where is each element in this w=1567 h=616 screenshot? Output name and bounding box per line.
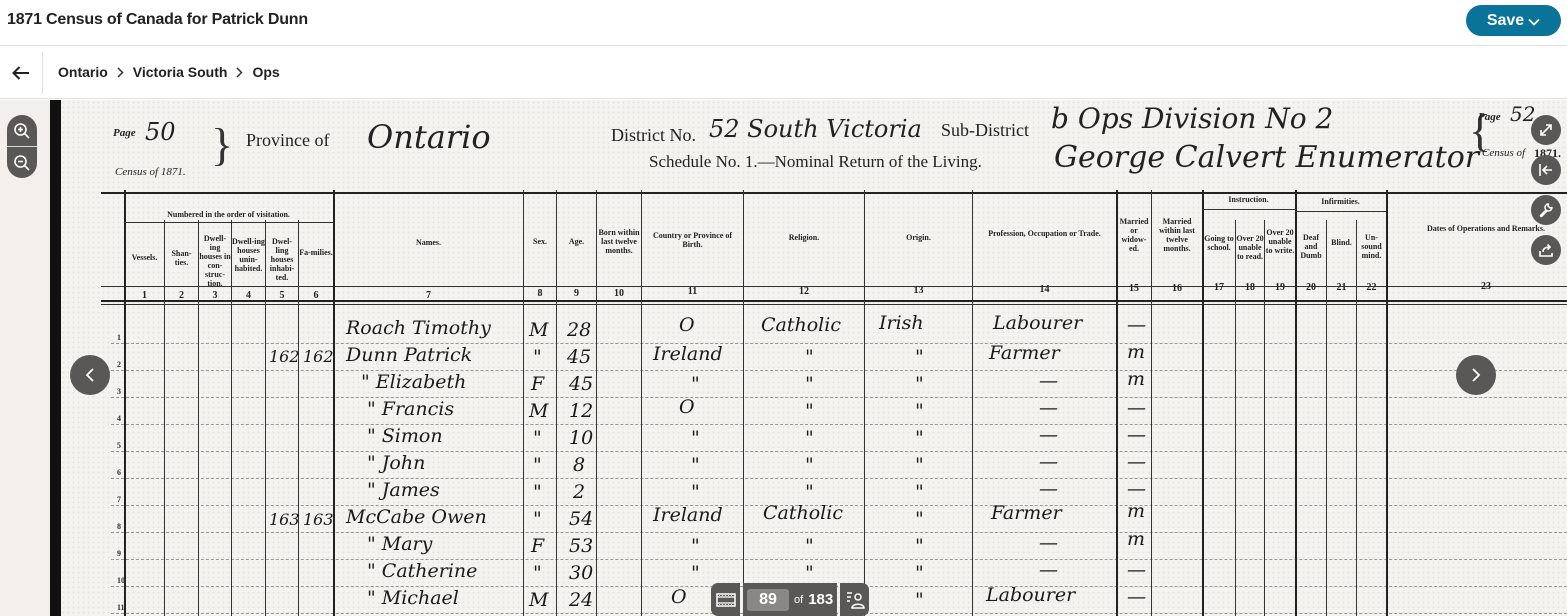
col-header-14: Profession, Occupation or Trade. [973, 229, 1116, 238]
origin-cell: " [915, 400, 924, 422]
col-number: 19 [1265, 282, 1295, 293]
col-line [864, 190, 865, 616]
line-number: 10 [117, 576, 125, 585]
occupation-cell: — [1039, 532, 1058, 554]
name-cell: " Catherine [367, 560, 477, 582]
col-line [164, 220, 165, 616]
rule [124, 222, 333, 223]
col-number: 6 [299, 290, 333, 301]
chevron-right-icon [117, 67, 124, 78]
collapse-left-icon [1538, 162, 1554, 178]
married-cell: — [1127, 424, 1146, 446]
col-header-15: Married or widow-ed. [1117, 217, 1151, 253]
married-cell: m [1127, 528, 1145, 550]
name-cell: " Simon [367, 425, 443, 447]
origin-cell: " [915, 373, 924, 395]
col-header-21: Blind. [1327, 238, 1356, 247]
age-cell: 45 [567, 346, 591, 368]
brace: } [211, 120, 233, 170]
col-number: 3 [199, 290, 231, 301]
occupation-cell: — [1039, 424, 1058, 446]
birth-cell: " [691, 454, 700, 476]
col-header-7: Names. [334, 238, 523, 247]
age-cell: 12 [569, 400, 593, 422]
age-cell: 30 [569, 562, 593, 584]
previous-image-button[interactable] [70, 355, 110, 395]
sex-cell: M [529, 589, 548, 611]
married-cell: — [1127, 397, 1146, 419]
origin-cell: " [915, 346, 924, 368]
col-header-11: Country or Province of Birth. [642, 231, 743, 249]
occupation-cell: Labourer [993, 312, 1082, 334]
share-button[interactable] [1531, 235, 1561, 265]
zoom-controls [7, 115, 37, 178]
sex-cell: " [533, 454, 542, 476]
line-number: 3 [117, 387, 121, 396]
origin-cell: " [915, 454, 924, 476]
origin-cell: " [915, 481, 924, 503]
col-number: 2 [165, 290, 198, 301]
chevron-down-icon [1528, 18, 1540, 26]
row-rule [111, 343, 1567, 344]
sex-cell: " [533, 346, 542, 368]
census-document-image[interactable]: Page 50 Census of 1871. } Province of On… [50, 100, 1567, 616]
col-line [641, 190, 642, 616]
page-indicator: of 183 [743, 583, 837, 616]
origin-cell: " [915, 589, 924, 611]
occupation-cell: — [1039, 451, 1058, 473]
married-cell: m [1127, 368, 1145, 390]
chevron-right-icon [1471, 367, 1481, 383]
col-number: 21 [1327, 282, 1356, 293]
sex-cell: " [533, 562, 542, 584]
col-number: 11 [642, 286, 743, 297]
page-number: 50 [145, 118, 176, 146]
breadcrumb-item-victoria-south[interactable]: Victoria South [133, 64, 228, 80]
filmstrip-button[interactable] [711, 583, 740, 616]
subdistrict-label: Sub-District [941, 120, 1029, 141]
origin-cell: " [915, 535, 924, 557]
col-line [1356, 220, 1357, 616]
col-line [1386, 190, 1388, 616]
col-header-20: Deaf and Dumb [1296, 233, 1326, 260]
right-page-label: Page [1478, 111, 1501, 123]
col-header-16: Married within last twelve months. [1152, 217, 1202, 253]
line-number: 2 [117, 360, 121, 369]
married-cell: — [1127, 314, 1146, 336]
subdistrict-value: b Ops Division No 2 [1051, 102, 1333, 135]
age-cell: 45 [569, 373, 593, 395]
zoom-out-icon [13, 154, 31, 172]
col-header-18: Over 20 unable to read. [1236, 234, 1264, 261]
image-viewer[interactable]: Page 50 Census of 1871. } Province of On… [0, 100, 1567, 616]
col-header-2: Shan-ties. [165, 249, 198, 267]
col-number: 17 [1203, 282, 1235, 293]
col-line [523, 190, 524, 616]
fullscreen-button[interactable] [1531, 115, 1561, 145]
share-icon [1538, 242, 1554, 258]
image-pager: of 183 [711, 583, 869, 616]
col-number: 4 [232, 290, 265, 301]
zoom-out-button[interactable] [7, 147, 37, 178]
expand-icon [1538, 122, 1554, 138]
birth-cell: " [691, 535, 700, 557]
group-header-visitation: Numbered in the order of visitation. [124, 210, 333, 219]
tools-button[interactable] [1531, 195, 1561, 225]
religion-cell: " [805, 454, 814, 476]
religion-cell: " [805, 481, 814, 503]
right-census-label: Census of [1482, 147, 1525, 159]
birth-cell: Ireland [653, 343, 723, 365]
page-total: 183 [808, 591, 833, 608]
religion-cell: " [805, 373, 814, 395]
filmstrip-icon [716, 592, 736, 608]
side-toolbar [1531, 115, 1561, 275]
name-cell: " Michael [367, 587, 459, 609]
row-rule [111, 478, 1567, 479]
occupation-cell: Farmer [989, 342, 1060, 364]
col-header-8: Sex. [524, 237, 556, 246]
col-header-17: Going to school. [1203, 234, 1235, 252]
col-line [556, 190, 557, 616]
age-cell: 10 [569, 427, 593, 449]
sex-cell: M [529, 400, 548, 422]
col-number: 22 [1357, 282, 1386, 293]
rule [1202, 209, 1295, 210]
col-line [972, 190, 973, 616]
row-rule [111, 397, 1567, 398]
name-cell: " John [367, 452, 425, 474]
col-header-10: Born within last twelve months. [597, 228, 641, 255]
age-cell: 8 [573, 454, 585, 476]
district-label: District No. [611, 125, 696, 146]
page-of-label: of [794, 594, 803, 606]
name-cell: Dunn Patrick [346, 344, 472, 366]
age-cell: 54 [569, 508, 593, 530]
row-rule [111, 559, 1567, 560]
col-line [333, 190, 335, 616]
sex-cell: M [529, 319, 548, 341]
row-rule [111, 370, 1567, 371]
zoom-in-button[interactable] [7, 115, 37, 146]
index-button[interactable] [840, 583, 869, 616]
divider [42, 52, 43, 94]
breadcrumb: Ontario Victoria South Ops [58, 64, 280, 80]
col-number: 9 [557, 288, 596, 299]
col-header-22: Un-sound mind. [1357, 233, 1386, 260]
wrench-icon [1538, 202, 1554, 218]
enumerator: George Calvert Enumerator [1054, 140, 1479, 175]
married-cell: m [1127, 341, 1145, 363]
col-number: 12 [744, 286, 864, 297]
birth-cell: " [691, 427, 700, 449]
religion-cell: " [805, 562, 814, 584]
col-line [743, 190, 744, 616]
birth-cell: Ireland [653, 504, 723, 526]
age-cell: 53 [569, 535, 593, 557]
col-number: 5 [266, 290, 298, 301]
line-number: 9 [117, 549, 121, 558]
district-value: 52 South Victoria [709, 115, 922, 143]
col-header-1: Vessels. [125, 253, 164, 262]
breadcrumb-item-ontario[interactable]: Ontario [58, 64, 108, 80]
birth-cell: " [691, 481, 700, 503]
breadcrumb-item-ops[interactable]: Ops [252, 64, 279, 80]
col-number: 8 [524, 288, 556, 299]
rule [101, 192, 1567, 194]
save-button-label: Save [1487, 12, 1524, 30]
col-line [1235, 220, 1236, 616]
col-header-3: Dwell-ing houses in con-struc-tion. [199, 234, 231, 288]
page-number-input[interactable] [747, 589, 789, 611]
col-number: 7 [334, 290, 523, 301]
col-header-9: Age. [557, 237, 596, 246]
name-cell: " Mary [367, 533, 432, 555]
col-line [1151, 190, 1152, 616]
province-value: Ontario [367, 118, 491, 156]
col-number: 20 [1296, 282, 1326, 293]
name-cell: " Elizabeth [361, 371, 466, 393]
family-cell: 162 [303, 347, 334, 366]
sex-cell: " [533, 481, 542, 503]
line-number: 7 [117, 495, 121, 504]
occupation-cell: — [1039, 478, 1058, 500]
occupation-cell: — [1039, 370, 1058, 392]
col-line [1202, 190, 1204, 616]
arrow-left-icon [12, 66, 30, 80]
occupation-cell: Farmer [991, 502, 1062, 524]
breadcrumb-bar: Ontario Victoria South Ops [0, 47, 1567, 99]
sex-cell: " [533, 427, 542, 449]
name-cell: " Francis [367, 398, 454, 420]
religion-cell: " [805, 400, 814, 422]
married-cell: — [1127, 559, 1146, 581]
religion-cell: Catholic [761, 314, 841, 336]
col-number: 23 [1401, 281, 1567, 292]
religion-cell: " [805, 346, 814, 368]
col-number: 1 [125, 290, 164, 301]
col-number: 16 [1152, 283, 1202, 294]
zoom-in-icon [13, 122, 31, 140]
next-image-button[interactable] [1456, 355, 1496, 395]
occupation-cell: Labourer [986, 584, 1075, 606]
census-label: Census of 1871. [115, 166, 186, 178]
age-cell: 28 [567, 319, 591, 341]
page-label: Page [113, 127, 136, 139]
col-header-6: Fa-milies. [299, 248, 333, 257]
col-line [231, 220, 232, 616]
collapse-panel-button[interactable] [1531, 155, 1561, 185]
chevron-right-icon [236, 67, 243, 78]
age-cell: 2 [573, 481, 585, 503]
birth-cell: O [679, 314, 695, 336]
group-header-infirmities: Infirmities. [1295, 197, 1386, 206]
title-bar: 1871 Census of Canada for Patrick Dunn S… [0, 0, 1567, 46]
origin-cell: " [915, 508, 924, 530]
married-cell: — [1127, 586, 1146, 608]
dwelling-cell: 163 [269, 510, 300, 529]
group-header-instruction: Instruction. [1202, 195, 1295, 204]
line-number: 1 [117, 333, 121, 342]
rule [101, 304, 1567, 305]
religion-cell: Catholic [763, 502, 843, 524]
line-number: 4 [117, 414, 121, 423]
origin-cell: " [915, 562, 924, 584]
row-rule [111, 532, 1567, 533]
col-header-4: Dwell-ing houses unin-habited. [232, 237, 265, 273]
origin-cell: " [915, 427, 924, 449]
sex-cell: " [533, 508, 542, 530]
chevron-left-icon [85, 367, 95, 383]
married-cell: — [1127, 451, 1146, 473]
save-button[interactable]: Save [1466, 5, 1561, 36]
name-cell: Roach Timothy [346, 317, 491, 339]
religion-cell: " [805, 427, 814, 449]
birth-cell: O [671, 586, 687, 608]
line-number: 11 [117, 603, 125, 612]
dwelling-cell: 162 [269, 347, 300, 366]
birth-cell: O [679, 396, 695, 418]
occupation-cell: — [1039, 559, 1058, 581]
back-button[interactable] [0, 47, 42, 99]
col-line [298, 220, 299, 616]
col-header-5: Dwel-ling houses inhabi-ted. [266, 237, 298, 282]
col-header-12: Religion. [744, 233, 864, 242]
name-cell: McCabe Owen [346, 506, 487, 528]
col-number: 14 [973, 284, 1116, 295]
age-cell: 24 [569, 589, 593, 611]
col-number: 18 [1236, 282, 1264, 293]
occupation-cell: — [1039, 397, 1058, 419]
family-cell: 163 [303, 510, 334, 529]
line-number: 8 [117, 522, 121, 531]
sex-cell: F [531, 535, 544, 557]
married-cell: m [1127, 500, 1145, 522]
origin-cell: Irish [879, 312, 924, 334]
row-rule [111, 451, 1567, 452]
col-header-19: Over 20 unable to write. [1265, 228, 1295, 255]
province-label: Province of [246, 130, 329, 151]
birth-cell: " [691, 562, 700, 584]
col-number: 13 [865, 285, 972, 296]
col-number: 10 [597, 288, 641, 299]
schedule-label: Schedule No. 1.—Nominal Return of the Li… [649, 152, 982, 172]
row-rule [111, 424, 1567, 425]
col-number: 15 [1117, 283, 1151, 294]
birth-cell: " [691, 373, 700, 395]
page-title: 1871 Census of Canada for Patrick Dunn [7, 11, 308, 29]
people-index-icon [845, 590, 865, 610]
religion-cell: " [805, 535, 814, 557]
col-line [1326, 220, 1327, 616]
col-line [1264, 220, 1265, 616]
sex-cell: F [531, 373, 544, 395]
married-cell: — [1127, 478, 1146, 500]
line-number: 5 [117, 441, 121, 450]
name-cell: " James [367, 479, 440, 501]
col-line [1116, 190, 1118, 616]
col-header-13: Origin. [865, 233, 972, 242]
line-number: 6 [117, 468, 121, 477]
rule [1295, 211, 1386, 212]
